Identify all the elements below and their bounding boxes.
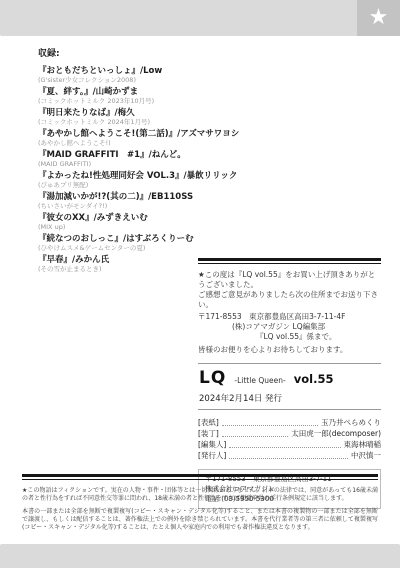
publication-date: 2024年2月14日 発行 <box>199 392 380 404</box>
divider <box>22 474 378 480</box>
staff-role: [表紙] <box>198 417 219 428</box>
staff-row: [編集人] 東海林晴稲 <box>198 439 381 450</box>
staff-name: 東海林晴稲 <box>344 439 382 450</box>
publication-info: ★この度は『LQ vol.55』をお買い上げ頂きありがとうございました。 ご感想… <box>198 258 381 509</box>
list-item: 『明日来たりなば』/梅久 (コミックホットミルク 2024年1月号) <box>38 108 288 126</box>
magazine-subtitle: -Little Queen- <box>234 376 285 385</box>
staff-name: 中沢慎一 <box>351 450 381 461</box>
feedback-address-line3: 『LQ vol.55』係まで。 <box>198 332 381 342</box>
list-item: 『よかったね!性処理同好会 VOL.3』/暴飲リリック (ぴゅあプリ無配) <box>38 171 288 189</box>
list-item: 『おともだちといっしょ』/Low (G'sister少女コレクション2008) <box>38 66 288 84</box>
list-item: 『彼女のXX』/みずきえいむ (MIX up) <box>38 213 288 231</box>
entry-source: (あやかし館へようこそ!) <box>38 139 288 147</box>
entry-source: (コミックホットミルク 2024年1月号) <box>38 118 288 126</box>
staff-role: [装丁] <box>198 428 219 439</box>
legal-notice: ★この物語はフィクションです。実在の人物・事件・団体等とは一切関係がありません。… <box>22 474 378 537</box>
feedback-address-line2: (株)コアマガジン LQ編集部 <box>198 322 381 332</box>
staff-row: [発行人] 中沢慎一 <box>198 450 381 461</box>
legal-copyright: 本書の一部または全部を無断で複製複写(コピー・スキャン・デジタル化等)すること、… <box>22 508 378 532</box>
feedback-request: ご感想ご意見がありましたら次の住所までお送り下さい。 <box>198 290 381 310</box>
entry-title: 『湯加減いかが!?(其の二)』/EB110SS <box>38 192 288 202</box>
contents-heading: 収録: <box>38 46 288 59</box>
feedback-closing: 皆様のお便りを心よりお待ちしております。 <box>198 345 381 355</box>
staff-row: [装丁] 太田虎一郎(decomposer) <box>198 428 381 439</box>
entry-title: 『おともだちといっしょ』/Low <box>38 66 288 76</box>
entry-title: 『彼女のXX』/みずきえいむ <box>38 213 288 223</box>
magazine-title: LQ <box>199 368 226 388</box>
entry-title: 『MAID GRAFFITI #1』/ねんど。 <box>38 150 288 160</box>
star-icon: ★ <box>369 7 389 29</box>
dotted-leader <box>229 447 340 448</box>
list-item: 『続なつのおしっこ』/はすぶろくりーむ (ひやけムスメ&ゲームセンターの夏) <box>38 234 288 252</box>
entry-source: (ひやけムスメ&ゲームセンターの夏) <box>38 244 288 252</box>
entry-source: (MIX up) <box>38 223 288 231</box>
list-item: 『MAID GRAFFITI #1』/ねんど。 (MAID GRAFFITI) <box>38 150 288 168</box>
list-item: 『夏、絆す。』/山崎かずま (コミックホットミルク 2023年10月号) <box>38 87 288 105</box>
staff-credits: [表紙] 玉乃井ぺらめくり [装丁] 太田虎一郎(decomposer) [編集… <box>198 417 381 461</box>
legal-disclaimer: ★この物語はフィクションです。実在の人物・事件・団体等とは一切関係がありません。… <box>22 487 378 503</box>
entry-source: (G'sister少女コレクション2008) <box>38 76 288 84</box>
list-item: 『湯加減いかが!?(其の二)』/EB110SS (ちいさいがモンダイ?!) <box>38 192 288 210</box>
staff-name: 太田虎一郎(decomposer) <box>291 428 381 439</box>
staff-role: [編集人] <box>198 439 226 450</box>
staff-name: 玉乃井ぺらめくり <box>321 417 381 428</box>
favorite-button[interactable]: ★ <box>357 0 400 36</box>
entry-source: (コミックホットミルク 2023年10月号) <box>38 97 288 105</box>
dotted-leader <box>229 458 348 459</box>
dotted-leader <box>222 425 318 426</box>
dotted-leader <box>222 436 288 437</box>
magazine-volume: vol.55 <box>294 372 334 386</box>
reader-bottom-bar <box>0 544 400 568</box>
entry-title: 『あやかし館へようこそ!(第二話)』/アズマサワヨシ <box>38 129 288 139</box>
staff-row: [表紙] 玉乃井ぺらめくり <box>198 417 381 428</box>
staff-role: [発行人] <box>198 450 226 461</box>
entry-title: 『明日来たりなば』/梅久 <box>38 108 288 118</box>
feedback-address-line1: 〒171-8553 東京都豊島区高田3-7-11-4F <box>198 312 381 322</box>
feedback-thanks: ★この度は『LQ vol.55』をお買い上げ頂きありがとうございました。 <box>198 270 381 290</box>
entry-title: 『続なつのおしっこ』/はすぶろくりーむ <box>38 234 288 244</box>
entry-title: 『よかったね!性処理同好会 VOL.3』/暴飲リリック <box>38 171 288 181</box>
entry-source: (ちいさいがモンダイ?!) <box>38 202 288 210</box>
entry-source: (ぴゅあプリ無配) <box>38 181 288 189</box>
reader-screen: ★ 収録: 『おともだちといっしょ』/Low (G'sister少女コレクション… <box>0 0 400 568</box>
contents-list: 収録: 『おともだちといっしょ』/Low (G'sister少女コレクション20… <box>38 46 288 276</box>
reader-top-bar: ★ <box>0 0 400 36</box>
divider <box>198 258 381 264</box>
entry-title: 『夏、絆す。』/山崎かずま <box>38 87 288 97</box>
entry-source: (MAID GRAFFITI) <box>38 160 288 168</box>
publication-title-box: LQ -Little Queen- vol.55 2024年2月14日 発行 <box>198 363 381 410</box>
list-item: 『あやかし館へようこそ!(第二話)』/アズマサワヨシ (あやかし館へようこそ!) <box>38 129 288 147</box>
